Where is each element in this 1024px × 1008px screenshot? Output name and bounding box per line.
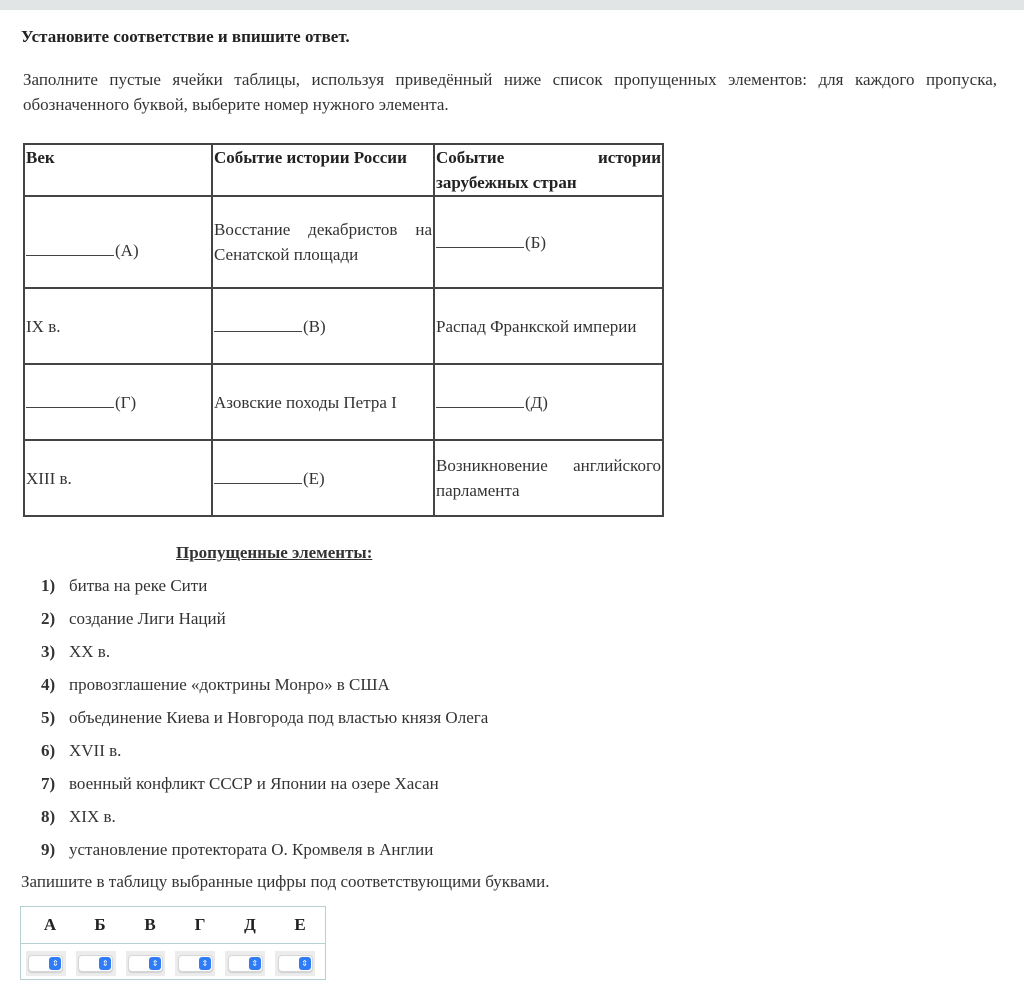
cell-russia-e: (Е) xyxy=(212,440,434,516)
item-number: 7) xyxy=(41,773,69,806)
letter-e: Е xyxy=(275,907,325,943)
item-text: военный конфликт СССР и Японии на озере … xyxy=(69,773,439,806)
task-title: Установите соответствие и впишите ответ. xyxy=(21,27,350,47)
cell-century: IX в. xyxy=(24,288,212,364)
letter-a: А xyxy=(25,907,75,943)
table-header-row: Век Событие истории России Событие истор… xyxy=(24,144,663,196)
answer-select-e[interactable]: ⇕ xyxy=(278,955,313,972)
cell-text: Возникновение английского парламента xyxy=(436,453,661,503)
cell-century: XIII в. xyxy=(24,440,212,516)
item-number: 8) xyxy=(41,806,69,839)
table-row: (Г) Азовские походы Петра I (Д) xyxy=(24,364,663,440)
header-foreign-text: Событие истории зарубежных стран xyxy=(436,145,661,195)
task-intro: Заполните пустые ячейки таблицы, использ… xyxy=(23,67,997,117)
answer-cell: ⇕ xyxy=(175,951,215,976)
blank-line xyxy=(214,330,302,332)
item-number: 6) xyxy=(41,740,69,773)
letter-g: Г xyxy=(175,907,225,943)
cell-century-g: (Г) xyxy=(24,364,212,440)
item-number: 4) xyxy=(41,674,69,707)
cell-russia: Азовские походы Петра I xyxy=(212,364,434,440)
answer-selects-row: ⇕ ⇕ ⇕ ⇕ ⇕ ⇕ xyxy=(21,944,325,976)
answer-letters-row: А Б В Г Д Е xyxy=(21,907,325,944)
cell-text: Восстание декабристов на Сенатской площа… xyxy=(214,217,432,267)
item-number: 3) xyxy=(41,641,69,674)
list-item: 5)объединение Киева и Новгорода под влас… xyxy=(41,707,488,740)
item-text: объединение Киева и Новгорода под власть… xyxy=(69,707,488,740)
top-bar xyxy=(0,0,1024,10)
updown-chevron-icon: ⇕ xyxy=(249,957,261,970)
item-number: 9) xyxy=(41,839,69,872)
answer-cell: ⇕ xyxy=(275,951,315,976)
gap-label: (Е) xyxy=(303,469,325,488)
item-text: установление протектората О. Кромвеля в … xyxy=(69,839,433,872)
cell-century-a: (А) xyxy=(24,196,212,288)
letter-d: Д xyxy=(225,907,275,943)
item-number: 1) xyxy=(41,575,69,608)
item-text: провозглашение «доктрины Монро» в США xyxy=(69,674,390,707)
blank-line xyxy=(436,246,524,248)
answer-cell: ⇕ xyxy=(225,951,265,976)
item-text: XIX в. xyxy=(69,806,116,839)
answer-cell: ⇕ xyxy=(126,951,166,976)
updown-chevron-icon: ⇕ xyxy=(299,957,311,970)
list-item: 1)битва на реке Сити xyxy=(41,575,488,608)
item-text: битва на реке Сити xyxy=(69,575,207,608)
answer-cell: ⇕ xyxy=(76,951,116,976)
table-row: IX в. (В) Распад Франкской империи xyxy=(24,288,663,364)
list-item: 3)XX в. xyxy=(41,641,488,674)
blank-line xyxy=(436,406,524,408)
item-text: создание Лиги Наций xyxy=(69,608,226,641)
gap-label: (Б) xyxy=(525,233,546,252)
answer-table: А Б В Г Д Е ⇕ ⇕ ⇕ ⇕ ⇕ ⇕ xyxy=(20,906,326,980)
cell-russia-v: (В) xyxy=(212,288,434,364)
cell-foreign-d: (Д) xyxy=(434,364,663,440)
answer-select-b[interactable]: ⇕ xyxy=(78,955,113,972)
gap-label: (Д) xyxy=(525,393,548,412)
cell-russia: Восстание декабристов на Сенатской площа… xyxy=(212,196,434,288)
gap-label: (А) xyxy=(115,241,139,260)
item-number: 5) xyxy=(41,707,69,740)
cell-foreign-b: (Б) xyxy=(434,196,663,288)
item-text: XVII в. xyxy=(69,740,121,773)
answer-select-v[interactable]: ⇕ xyxy=(128,955,163,972)
answer-instruction: Запишите в таблицу выбранные цифры под с… xyxy=(21,872,550,892)
cell-foreign: Возникновение английского парламента xyxy=(434,440,663,516)
list-item: 7)военный конфликт СССР и Японии на озер… xyxy=(41,773,488,806)
updown-chevron-icon: ⇕ xyxy=(49,957,61,970)
letter-v: В xyxy=(125,907,175,943)
gap-label: (Г) xyxy=(115,393,136,412)
cell-foreign: Распад Франкской империи xyxy=(434,288,663,364)
header-foreign: Событие истории зарубежных стран xyxy=(434,144,663,196)
answer-select-g[interactable]: ⇕ xyxy=(178,955,213,972)
answer-cell: ⇕ xyxy=(26,951,66,976)
updown-chevron-icon: ⇕ xyxy=(149,957,161,970)
list-item: 9)установление протектората О. Кромвеля … xyxy=(41,839,488,872)
list-item: 6)XVII в. xyxy=(41,740,488,773)
letter-b: Б xyxy=(75,907,125,943)
missing-elements-title: Пропущенные элементы: xyxy=(176,543,372,563)
gap-label: (В) xyxy=(303,317,326,336)
blank-line xyxy=(26,254,114,256)
updown-chevron-icon: ⇕ xyxy=(199,957,211,970)
blank-line xyxy=(26,406,114,408)
item-number: 2) xyxy=(41,608,69,641)
answer-select-d[interactable]: ⇕ xyxy=(228,955,263,972)
header-russia: Событие истории России xyxy=(212,144,434,196)
list-item: 2)создание Лиги Наций xyxy=(41,608,488,641)
updown-chevron-icon: ⇕ xyxy=(99,957,111,970)
table-row: (А) Восстание декабристов на Сенатской п… xyxy=(24,196,663,288)
item-text: XX в. xyxy=(69,641,110,674)
blank-line xyxy=(214,482,302,484)
answer-select-a[interactable]: ⇕ xyxy=(28,955,63,972)
missing-elements-list: 1)битва на реке Сити 2)создание Лиги Нац… xyxy=(41,575,488,872)
list-item: 8)XIX в. xyxy=(41,806,488,839)
list-item: 4)провозглашение «доктрины Монро» в США xyxy=(41,674,488,707)
header-century: Век xyxy=(24,144,212,196)
history-table: Век Событие истории России Событие истор… xyxy=(23,143,664,517)
table-row: XIII в. (Е) Возникновение английского па… xyxy=(24,440,663,516)
